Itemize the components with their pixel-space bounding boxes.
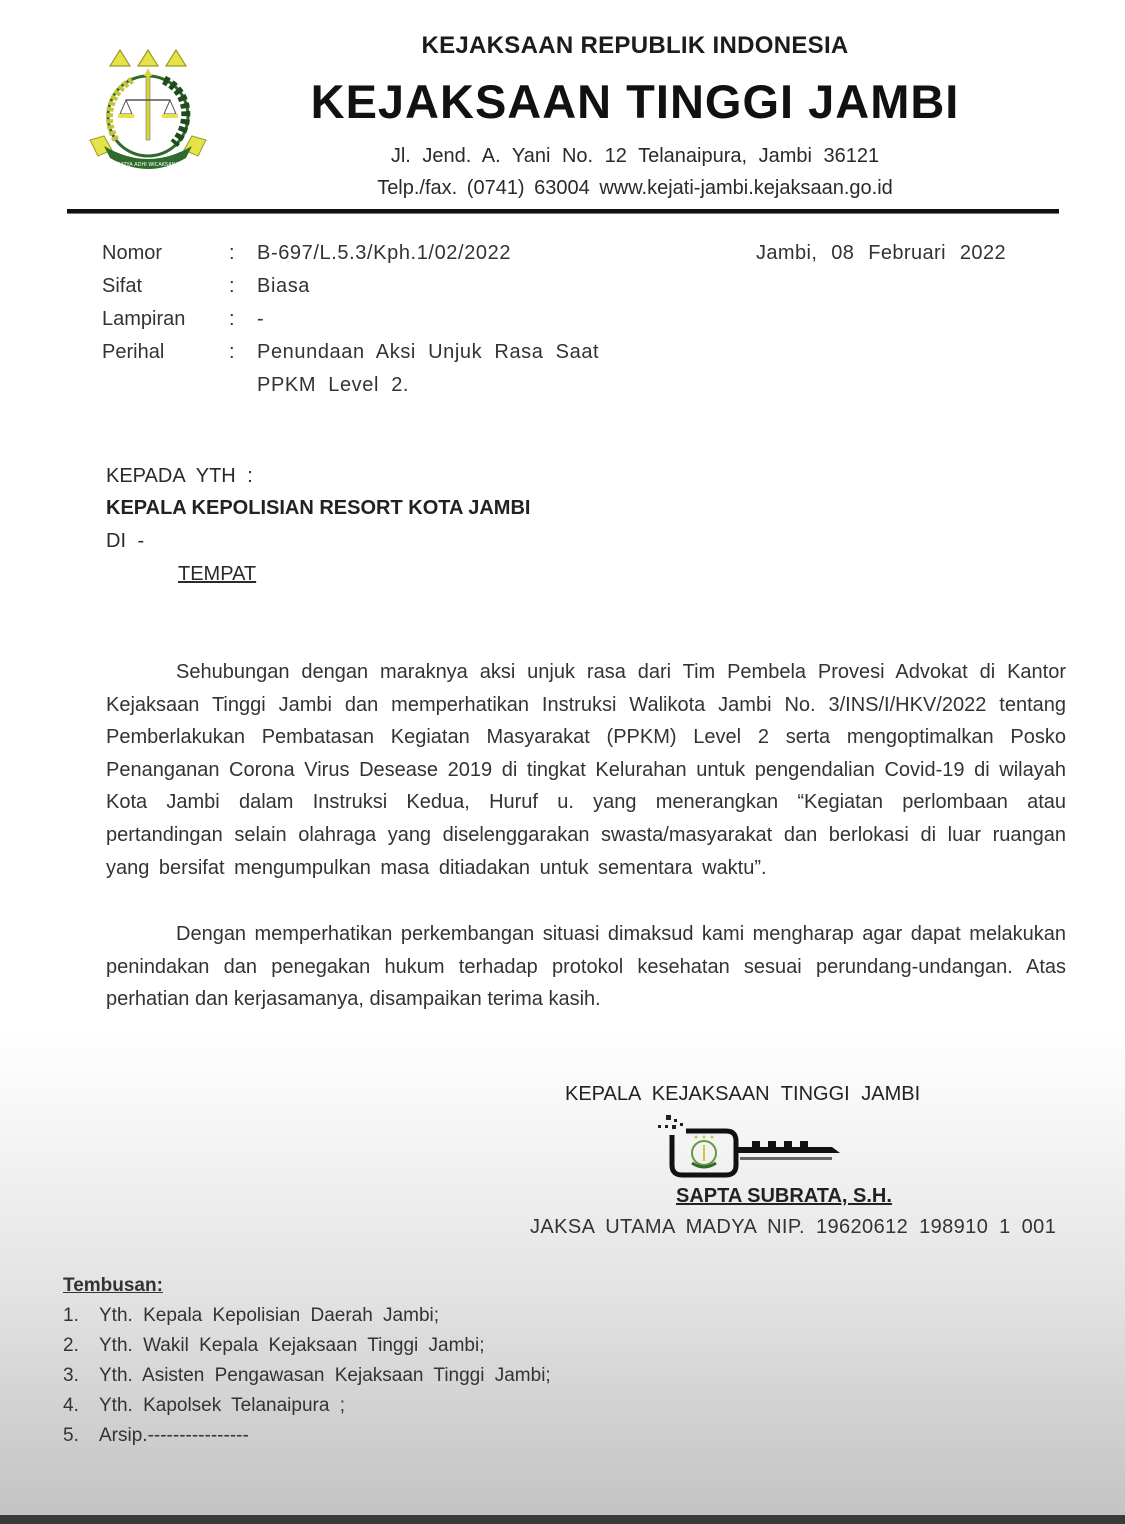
tembusan-item: 3.Yth. Asisten Pengawasan Kejaksaan Ting…: [63, 1365, 551, 1387]
tembusan-item-text: Yth. Kapolsek Telanaipura ;: [99, 1395, 345, 1416]
meta-colon: :: [229, 242, 235, 265]
signatory-position-nip: JAKSA UTAMA MADYA NIP. 19620612 198910 1…: [530, 1216, 1056, 1239]
digital-signature-key-icon: [656, 1113, 840, 1183]
meta-value-sifat: Biasa: [257, 275, 310, 298]
recipient-di: DI -: [106, 530, 144, 553]
tembusan-item-text: Arsip.----------------: [99, 1425, 249, 1446]
body-paragraph-2: Dengan memperhatikan perkembangan situas…: [106, 918, 1066, 1016]
meta-label-nomor: Nomor: [102, 242, 162, 265]
office-name: KEJAKSAAN TINGGI JAMBI: [280, 74, 990, 129]
recipient-name: KEPALA KEPOLISIAN RESORT KOTA JAMBI: [106, 497, 530, 520]
meta-value-perihal: Penundaan Aksi Unjuk Rasa Saat: [257, 341, 599, 364]
tembusan-item: 4.Yth. Kapolsek Telanaipura ;: [63, 1395, 345, 1417]
body-paragraph-1-text: Sehubungan dengan maraknya aksi unjuk ra…: [106, 656, 1066, 884]
letterhead-divider: [67, 209, 1059, 214]
office-contact: Telp./fax. (0741) 63004 www.kejati-jambi…: [280, 177, 990, 200]
meta-label-perihal: Perihal: [102, 341, 164, 364]
tembusan-item: 1.Yth. Kepala Kepolisian Daerah Jambi;: [63, 1305, 439, 1327]
meta-value-nomor: B-697/L.5.3/Kph.1/02/2022: [257, 242, 511, 265]
signatory-title: KEPALA KEJAKSAAN TINGGI JAMBI: [565, 1083, 920, 1106]
meta-colon: :: [229, 308, 235, 331]
body-paragraph-1: Sehubungan dengan maraknya aksi unjuk ra…: [106, 656, 1066, 884]
kejaksaan-emblem-icon: SATYA ADHI WICAKSANA: [82, 44, 214, 174]
tembusan-item-number: 1.: [63, 1305, 99, 1327]
tembusan-item-number: 5.: [63, 1425, 99, 1447]
institution-name: KEJAKSAAN REPUBLIK INDONESIA: [280, 32, 990, 60]
svg-text:SATYA ADHI WICAKSANA: SATYA ADHI WICAKSANA: [117, 162, 179, 168]
office-address: Jl. Jend. A. Yani No. 12 Telanaipura, Ja…: [280, 145, 990, 168]
tembusan-item-text: Yth. Asisten Pengawasan Kejaksaan Tinggi…: [99, 1365, 551, 1386]
tembusan-item: 2.Yth. Wakil Kepala Kejaksaan Tinggi Jam…: [63, 1335, 484, 1357]
meta-colon: :: [229, 341, 235, 364]
meta-label-lampiran: Lampiran: [102, 308, 185, 331]
tembusan-item-number: 3.: [63, 1365, 99, 1387]
letter-date: Jambi, 08 Februari 2022: [756, 242, 1006, 265]
tembusan-item-number: 2.: [63, 1335, 99, 1357]
tembusan-item-text: Yth. Wakil Kepala Kejaksaan Tinggi Jambi…: [99, 1335, 484, 1356]
body-paragraph-2-text: Dengan memperhatikan perkembangan situas…: [106, 918, 1066, 1016]
recipient-salutation: KEPADA YTH :: [106, 465, 253, 488]
tembusan-item: 5.Arsip.----------------: [63, 1425, 249, 1447]
signatory-name: SAPTA SUBRATA, S.H.: [676, 1185, 892, 1208]
recipient-place: TEMPAT: [178, 563, 256, 586]
screen-bottom-bar: [0, 1515, 1125, 1524]
tembusan-item-text: Yth. Kepala Kepolisian Daerah Jambi;: [99, 1305, 439, 1326]
tembusan-title: Tembusan:: [63, 1275, 163, 1297]
meta-colon: :: [229, 275, 235, 298]
meta-label-sifat: Sifat: [102, 275, 142, 298]
meta-value-perihal-line2: PPKM Level 2.: [257, 374, 409, 397]
tembusan-item-number: 4.: [63, 1395, 99, 1417]
meta-value-lampiran: -: [257, 308, 264, 331]
